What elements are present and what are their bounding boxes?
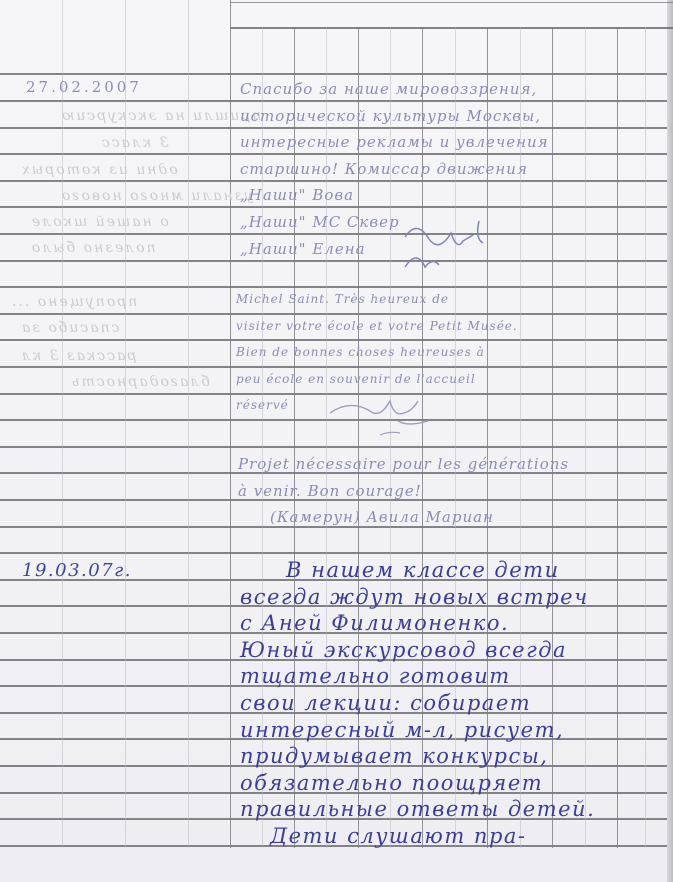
handwritten-line: всегда ждут новых встреч bbox=[240, 585, 589, 609]
signature-scribbles bbox=[300, 215, 540, 295]
handwritten-line: свои лекции: собирает bbox=[240, 691, 531, 715]
rule-line bbox=[230, 27, 673, 29]
rule-line bbox=[230, 2, 673, 3]
handwritten-line: Bien de bonnes choses heureuses à bbox=[236, 345, 485, 359]
bleed-through-line: пришли на экскурсию bbox=[60, 108, 261, 124]
bleed-through-line: благодарность bbox=[70, 374, 210, 390]
rule-line bbox=[0, 206, 667, 208]
guestbook-page: пришли на экскурсию3 классодни из которы… bbox=[0, 0, 673, 882]
handwritten-line: интересный м-л, рисует, bbox=[240, 718, 564, 742]
handwritten-line: (Камерун) Авила Мариан bbox=[270, 508, 494, 526]
faint-column-line bbox=[62, 0, 63, 848]
bleed-through-line: спасибо за bbox=[20, 320, 119, 336]
handwritten-line: тщательно готовит bbox=[240, 664, 511, 688]
bleed-through-line: одни из которых bbox=[20, 162, 178, 178]
rule-line bbox=[0, 552, 667, 554]
faint-column-line bbox=[585, 27, 586, 848]
handwritten-line: à venir. Bon courage! bbox=[238, 482, 422, 500]
rule-line bbox=[0, 366, 667, 368]
page-edge-shadow bbox=[667, 0, 673, 882]
handwritten-line: придумывает конкурсы, bbox=[240, 744, 548, 768]
handwritten-line: правильные ответы детей. bbox=[240, 797, 595, 821]
handwritten-line: Дети слушают пра- bbox=[270, 824, 527, 848]
handwritten-line: старшино! Комиссар движения bbox=[240, 160, 528, 178]
rule-line bbox=[0, 127, 667, 129]
bleed-through-line: рассказ 3 кл bbox=[20, 348, 136, 364]
handwritten-line: „Наши" Вова bbox=[240, 186, 354, 204]
handwritten-line: исторической культуры Москвы, bbox=[240, 107, 541, 125]
handwritten-line: В нашем классе дети bbox=[286, 558, 560, 582]
handwritten-line: интересные рекламы и увлечения bbox=[240, 133, 549, 151]
faint-column-line bbox=[645, 27, 646, 848]
handwritten-line: с Аней Филимоненко. bbox=[240, 611, 509, 635]
bleed-through-line: узнали много нового bbox=[60, 188, 253, 204]
bleed-through-line: 3 класс bbox=[100, 135, 169, 151]
bleed-through-line: о нашей школе bbox=[30, 214, 169, 230]
french-signature bbox=[330, 395, 470, 445]
column-line bbox=[617, 27, 618, 848]
handwritten-line: réservé bbox=[236, 398, 289, 412]
rule-line bbox=[0, 73, 667, 75]
entry-date: 27.02.2007 bbox=[26, 78, 142, 96]
rule-line bbox=[0, 339, 667, 341]
faint-column-line bbox=[188, 0, 189, 848]
handwritten-line: Спасибо за наше мировоззрения, bbox=[240, 80, 537, 98]
rule-line bbox=[0, 180, 667, 182]
rule-line bbox=[0, 313, 667, 315]
handwritten-line: Юный экскурсовод всегда bbox=[240, 638, 567, 662]
handwritten-line: Projet nécessaire pour les générations bbox=[238, 455, 569, 473]
rule-line bbox=[0, 446, 667, 448]
rule-line bbox=[0, 526, 667, 528]
entry-date: 19.03.07г. bbox=[22, 560, 132, 581]
bleed-through-line: полезно было bbox=[30, 240, 156, 256]
handwritten-line: peu école en souvenir de l'accueil bbox=[236, 372, 476, 386]
rule-line bbox=[0, 100, 667, 102]
handwritten-line: visiter votre école et votre Petit Musée… bbox=[236, 319, 518, 333]
rule-line bbox=[0, 153, 667, 155]
handwritten-line: обязательно поощряет bbox=[240, 771, 543, 795]
column-line bbox=[230, 0, 231, 848]
faint-column-line bbox=[125, 0, 126, 848]
bleed-through-line: пропущено ... bbox=[10, 294, 137, 310]
